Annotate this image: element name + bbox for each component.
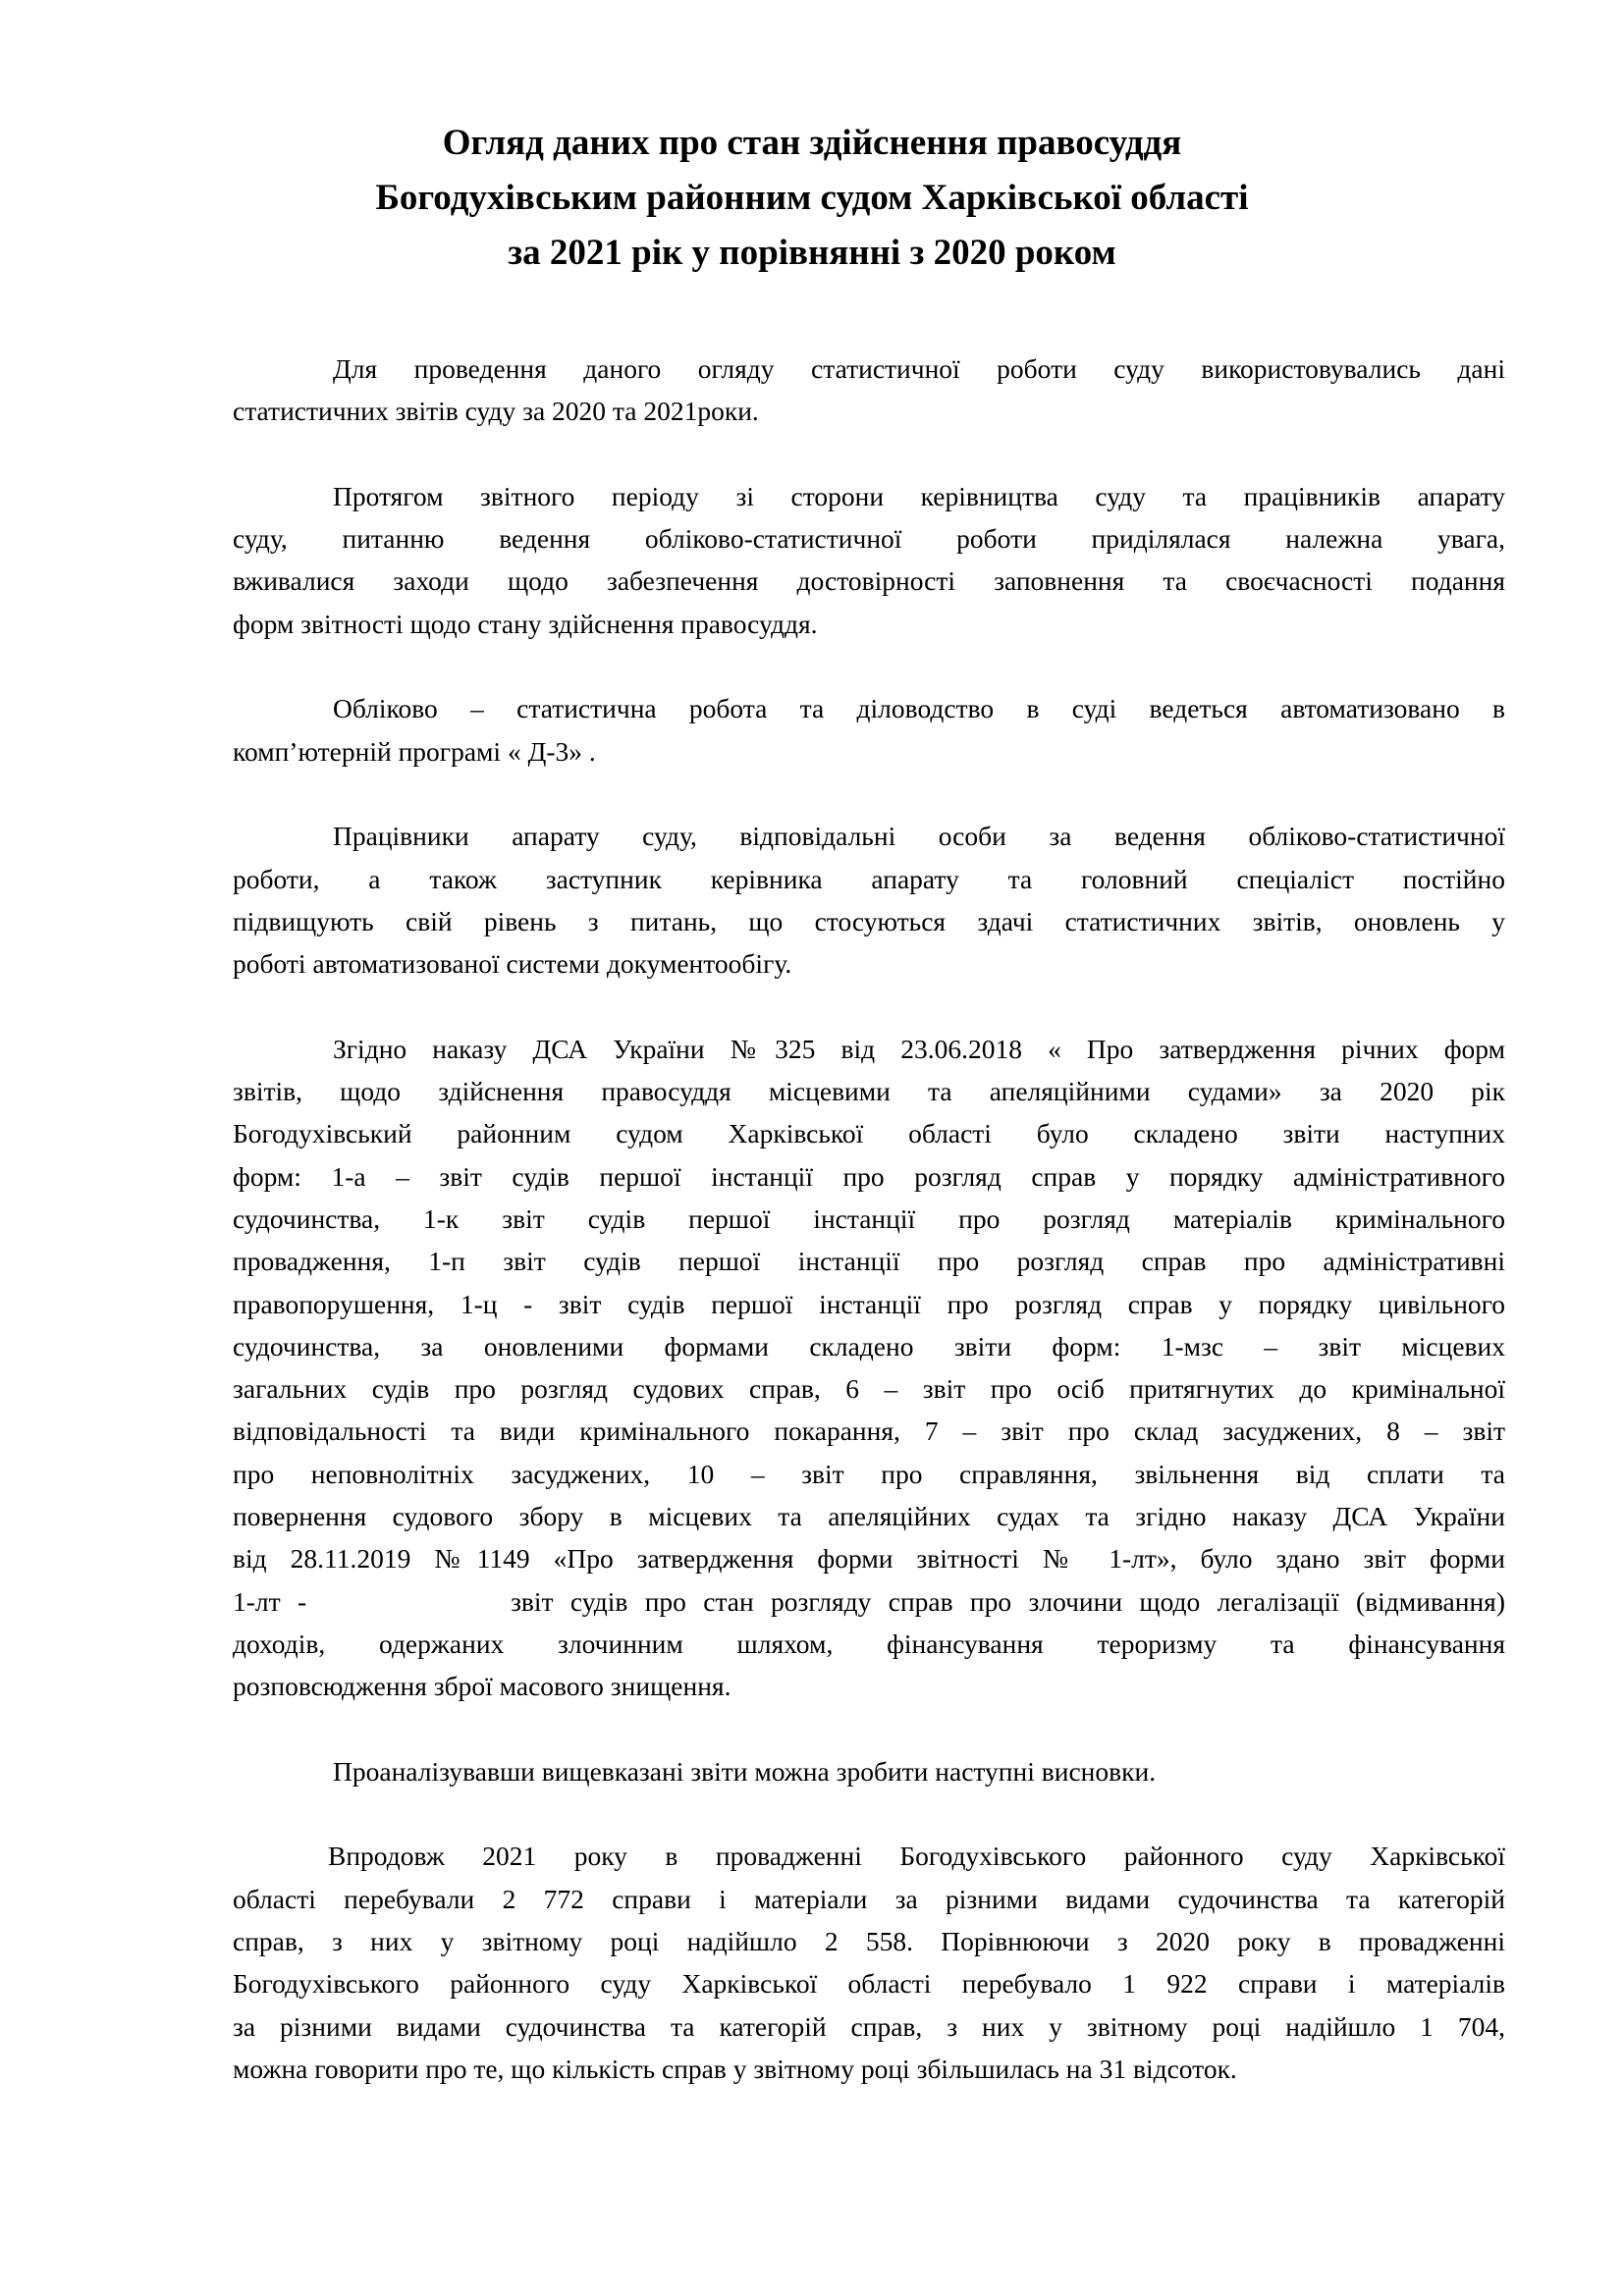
text-line: підвищують свій рівень з питань, що стос… xyxy=(233,900,1505,942)
text-line: роботі автоматизованої системи документо… xyxy=(233,942,1505,985)
text-line: Для проведення даного огляду статистично… xyxy=(233,347,1505,390)
text-line: 1-лт - звіт судів про стан розгляду спра… xyxy=(233,1580,1505,1623)
text-line: повернення судового збору в місцевих та … xyxy=(233,1495,1505,1537)
text-line: Працівники апарату суду, відповідальні о… xyxy=(233,815,1505,857)
text-line: розповсюдження зброї масового знищення. xyxy=(233,1665,1505,1707)
text-line: Протягом звітного періоду зі сторони кер… xyxy=(233,475,1505,517)
text-line: Впродовж 2021 року в провадженні Богодух… xyxy=(233,1835,1505,1877)
document-page: Огляд даних про стан здійснення правосуд… xyxy=(0,0,1624,2296)
paragraph-data-sources: Для проведення даного огляду статистично… xyxy=(233,347,1505,433)
text-line: правопорушення, 1-ц - звіт судів першої … xyxy=(233,1283,1505,1325)
text-line: форм: 1-а – звіт судів першої інстанції … xyxy=(233,1155,1505,1198)
text-line: судочинства, 1-к звіт судів першої інста… xyxy=(233,1198,1505,1240)
title-line-2: Богодухівським районним судом Харківсько… xyxy=(0,171,1624,226)
text-line: за різними видами судочинства та категор… xyxy=(233,2005,1505,2048)
paragraph-management-attention: Протягом звітного періоду зі сторони кер… xyxy=(233,475,1505,645)
text-line: форм звітності щодо стану здійснення пра… xyxy=(233,603,1505,645)
text-line: доходів, одержаних злочинним шляхом, фін… xyxy=(233,1623,1505,1665)
text-line: Проаналізувавши вищевказані звіти можна … xyxy=(233,1750,1505,1792)
document-title: Огляд даних про стан здійснення правосуд… xyxy=(0,116,1624,281)
text-line: Обліково – статистична робота та діловод… xyxy=(233,687,1505,729)
paragraph-report-forms: Згідно наказу ДСА України №325 від 23.06… xyxy=(233,1028,1505,1708)
text-line: про неповнолітніх засуджених, 10 – звіт … xyxy=(233,1453,1505,1495)
text-line: можна говорити про те, що кількість спра… xyxy=(233,2048,1505,2090)
title-line-3: за 2021 рік у порівнянні з 2020 роком xyxy=(0,226,1624,281)
paragraph-case-statistics: Впродовж 2021 року в провадженні Богодух… xyxy=(233,1835,1505,2090)
text-line: відповідальності та види кримінального п… xyxy=(233,1410,1505,1452)
text-line: провадження, 1-п звіт судів першої інста… xyxy=(233,1240,1505,1282)
text-line: загальних судів про розгляд судових спра… xyxy=(233,1367,1505,1410)
text-line: вживалися заходи щодо забезпечення досто… xyxy=(233,560,1505,602)
title-line-1: Огляд даних про стан здійснення правосуд… xyxy=(0,116,1624,171)
paragraph-automation: Обліково – статистична робота та діловод… xyxy=(233,687,1505,773)
text-line: суду, питанню ведення обліково-статистич… xyxy=(233,517,1505,560)
text-line: Богодухівського районного суду Харківськ… xyxy=(233,1962,1505,2004)
text-line: комп’ютерній програмі « Д-3» . xyxy=(233,730,1505,773)
text-line: звітів, щодо здійснення правосуддя місце… xyxy=(233,1070,1505,1112)
document-body: Для проведення даного огляду статистично… xyxy=(233,347,1505,2090)
paragraph-conclusions-intro: Проаналізувавши вищевказані звіти можна … xyxy=(233,1750,1505,1792)
text-line: статистичних звітів суду за 2020 та 2021… xyxy=(233,390,1505,432)
text-line: області перебували 2 772 справи і матері… xyxy=(233,1878,1505,1920)
text-line: від 28.11.2019 №1149 «Про затвердження ф… xyxy=(233,1537,1505,1579)
text-line: справ, з них у звітному році надійшло 2 … xyxy=(233,1920,1505,1962)
text-line: Згідно наказу ДСА України №325 від 23.06… xyxy=(233,1028,1505,1070)
paragraph-staff-training: Працівники апарату суду, відповідальні о… xyxy=(233,815,1505,985)
text-line: Богодухівський районним судом Харківсько… xyxy=(233,1112,1505,1154)
text-line: роботи, а також заступник керівника апар… xyxy=(233,858,1505,900)
text-line: судочинства, за оновленими формами склад… xyxy=(233,1325,1505,1367)
